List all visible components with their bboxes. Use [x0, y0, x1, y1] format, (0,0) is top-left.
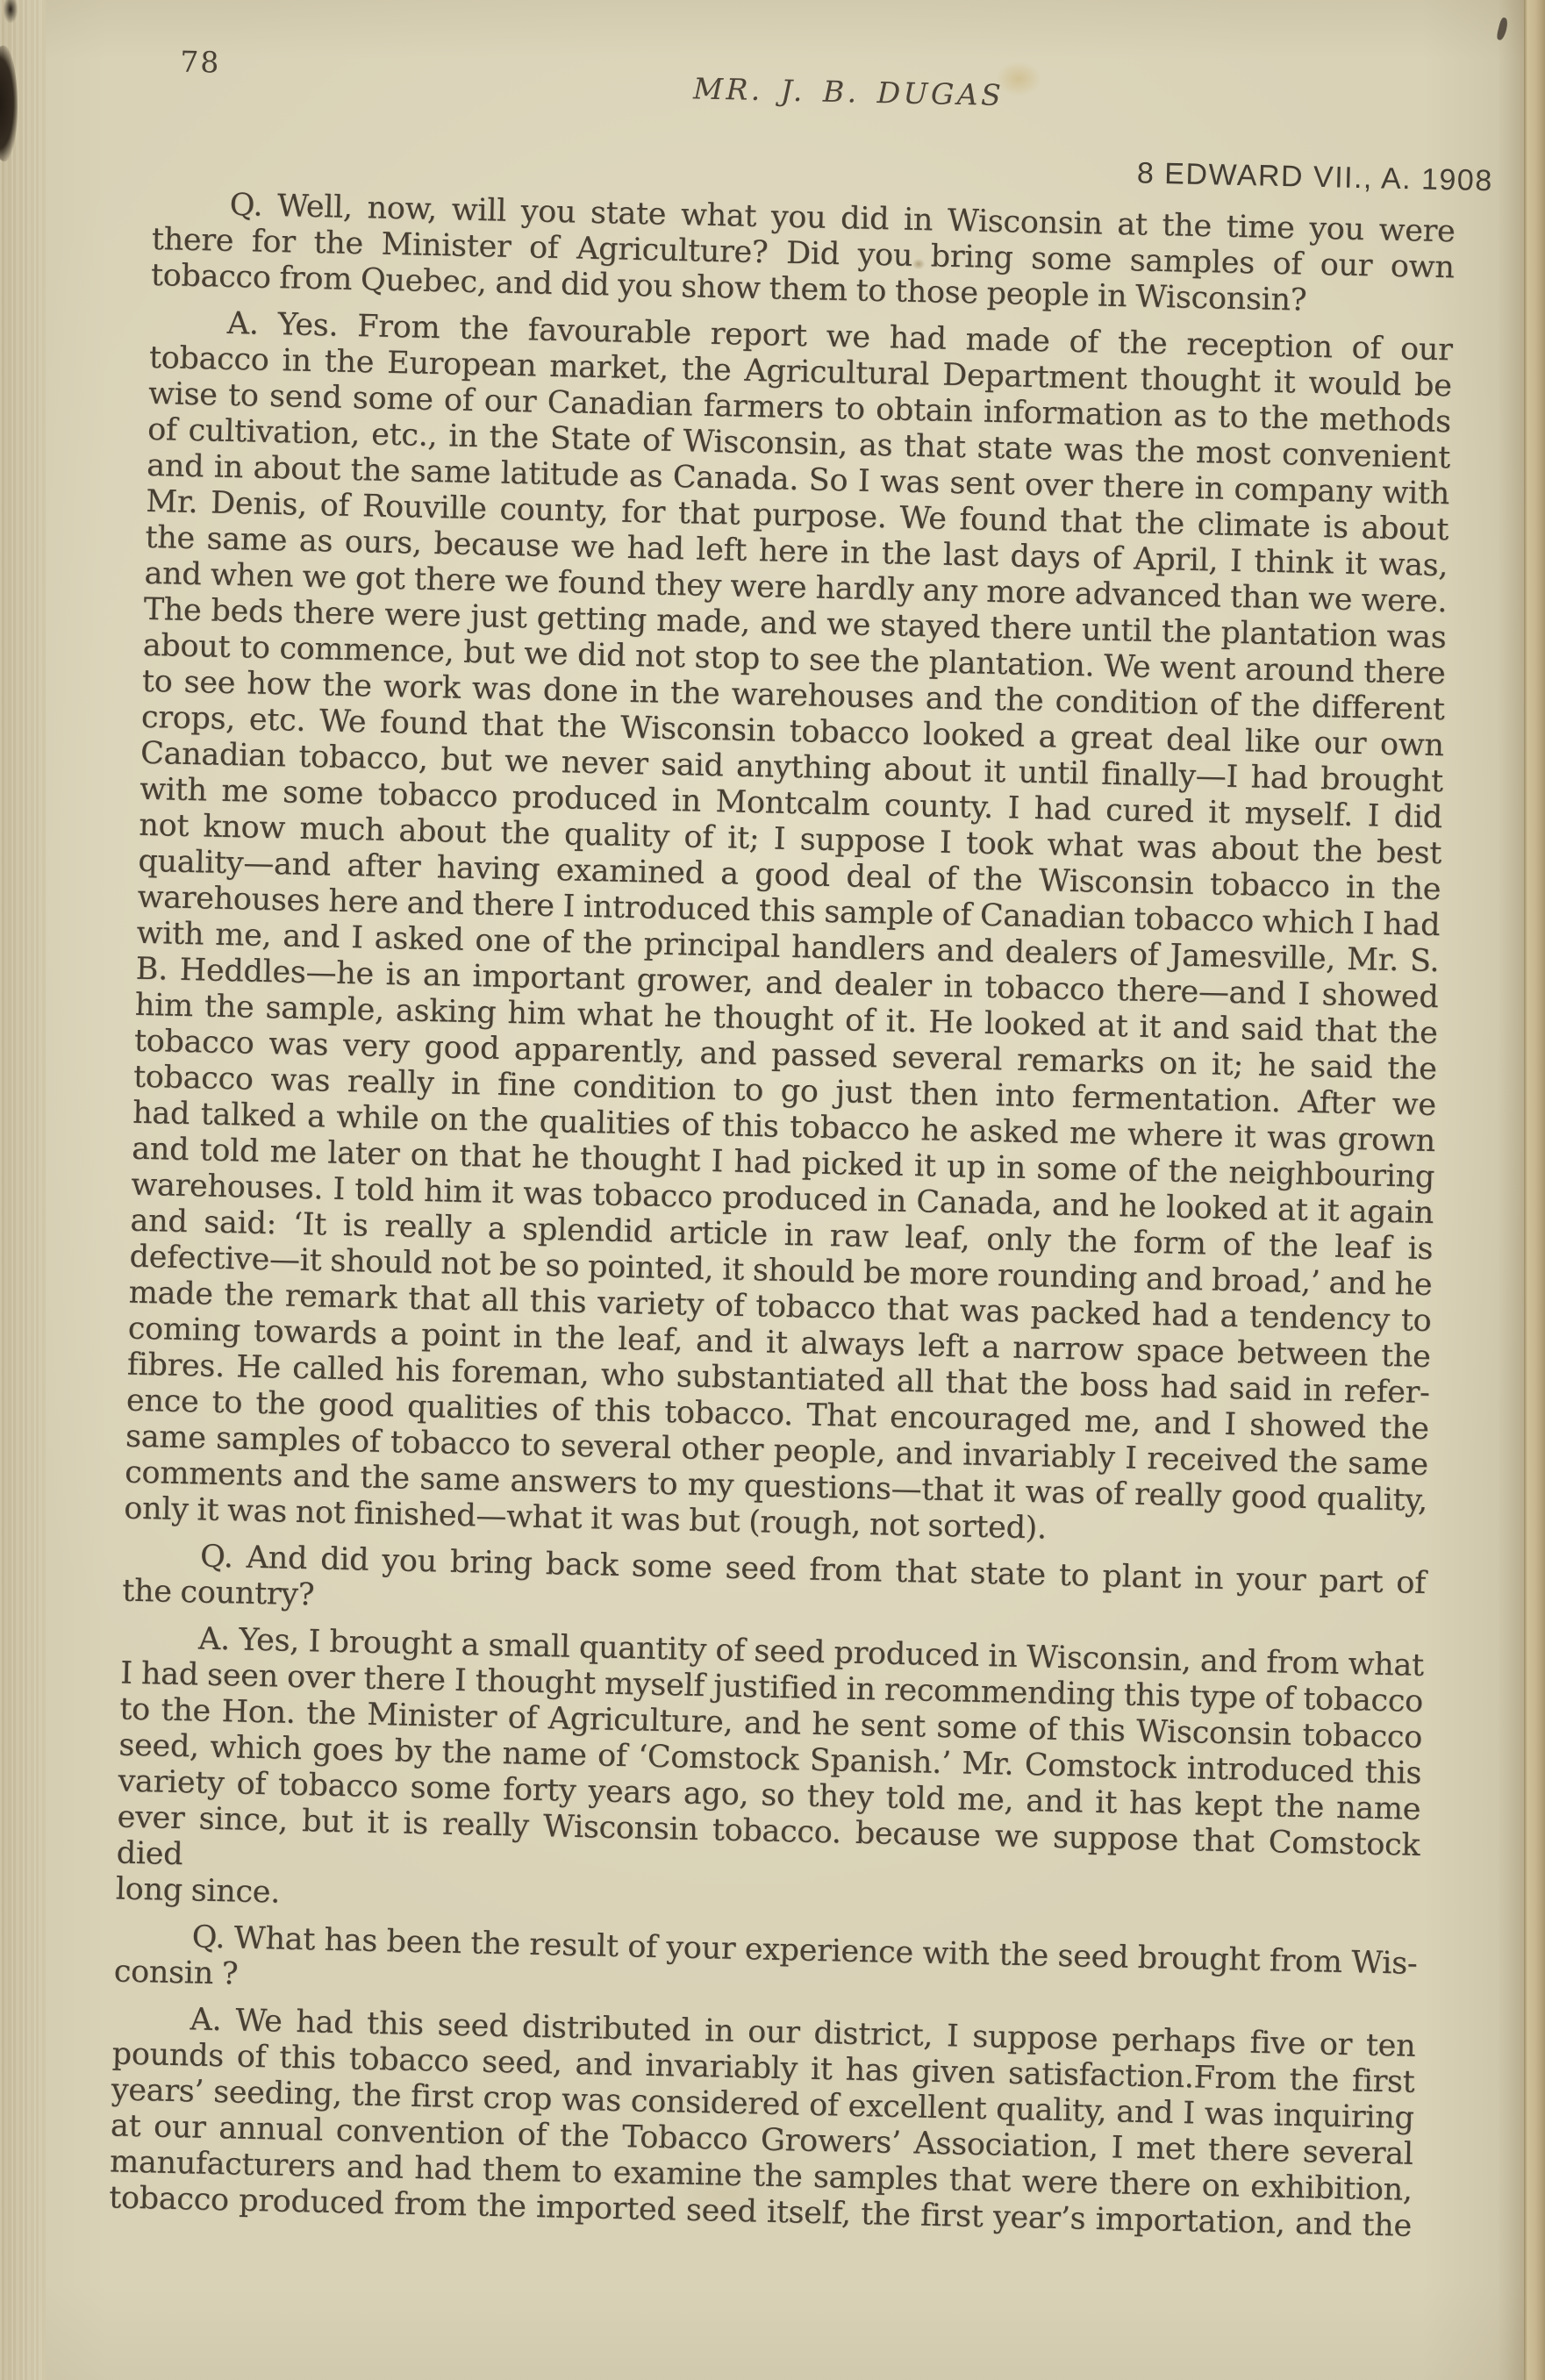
- running-title: MR. J. B. DUGAS: [197, 61, 1500, 123]
- transcript-paragraph-question: Q. Well, now, will you state what you di…: [151, 186, 1456, 322]
- transcript-body: Q. Well, now, will you state what you di…: [109, 186, 1456, 2245]
- scanned-page: 78 MR. J. B. DUGAS 8 EDWARD VII., A. 190…: [0, 0, 1545, 2380]
- transcript-paragraph-answer: A. Yes. From the favourable report we ha…: [124, 304, 1453, 1555]
- session-header: 8 EDWARD VII., A. 1908: [154, 135, 1493, 198]
- transcript-paragraph-answer: A. Yes, I brought a small quantity of se…: [115, 1620, 1424, 1936]
- page-edge-shadow: [1498, 0, 1524, 2380]
- page-edge-right: [1524, 0, 1545, 2380]
- speck-top-left: [4, 0, 18, 23]
- printed-sheet: 78 MR. J. B. DUGAS 8 EDWARD VII., A. 190…: [107, 35, 1458, 2309]
- page-gutter-left: [0, 0, 46, 2380]
- transcript-paragraph-question: Q. And did you bring back some seed from…: [122, 1538, 1426, 1638]
- transcript-paragraph-question: Q. What has been the result of your expe…: [113, 1918, 1417, 2018]
- transcript-paragraph-answer: A. We had this seed distributed in our d…: [109, 2000, 1416, 2244]
